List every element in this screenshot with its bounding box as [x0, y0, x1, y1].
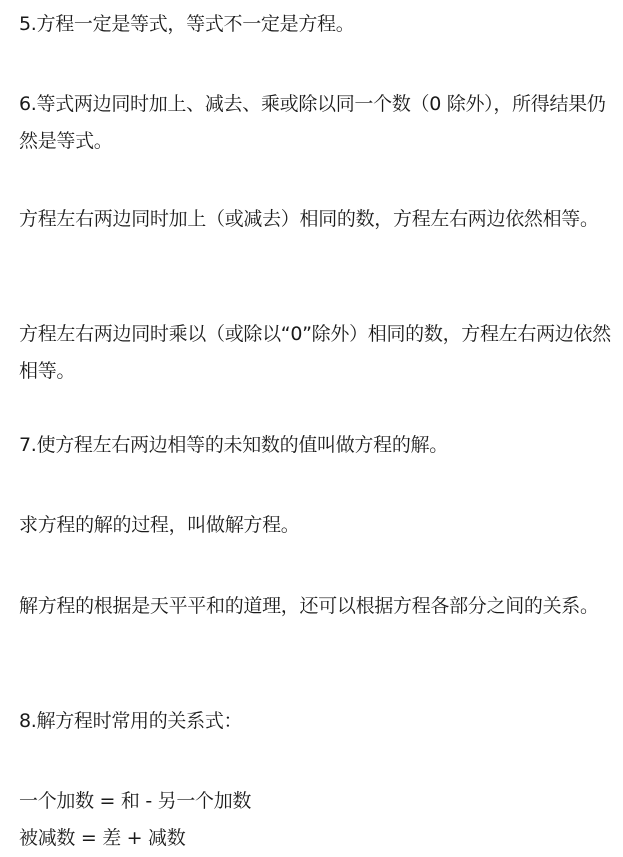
point-5-equation-vs-equality: 5.方程一定是等式，等式不一定是方程。 — [19, 6, 615, 43]
equation-multiply-divide-rule: 方程左右两边同时乘以（或除以“0”除外）相同的数，方程左右两边依然相等。 — [19, 316, 615, 390]
point-7-solution-definition: 7.使方程左右两边相等的未知数的值叫做方程的解。 — [19, 427, 615, 464]
solving-basis: 解方程的根据是天平平和的道理，还可以根据方程各部分之间的关系。 — [19, 588, 615, 625]
point-8-common-relations: 8.解方程时常用的关系式： — [19, 703, 615, 740]
equation-add-subtract-rule: 方程左右两边同时加上（或减去）相同的数，方程左右两边依然相等。 — [19, 201, 615, 238]
formula-addend: 一个加数 = 和 - 另一个加数 — [19, 783, 615, 820]
point-6-equality-property: 6.等式两边同时加上、减去、乘或除以同一个数（0 除外），所得结果仍然是等式。 — [19, 86, 615, 160]
formula-minuend: 被减数 = 差 + 减数 — [19, 820, 615, 857]
solving-equation-definition: 求方程的解的过程，叫做解方程。 — [19, 507, 615, 544]
